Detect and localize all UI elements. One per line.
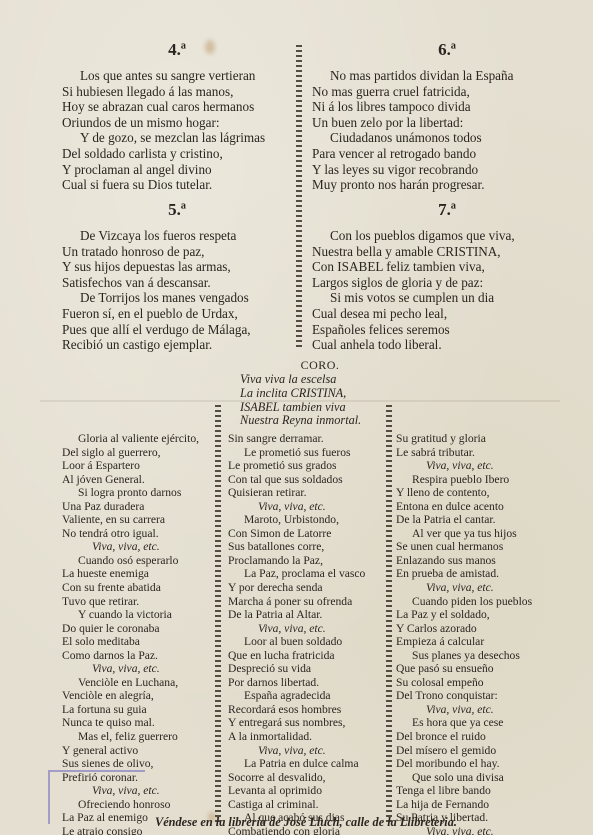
- verse-line: Y proclaman al angel divino: [62, 162, 292, 178]
- verse-line: Sus batallones corre,: [228, 540, 383, 554]
- verse-line: Un buen zelo por la libertad:: [312, 115, 582, 131]
- verse-line: Marcha á poner su ofrenda: [228, 595, 383, 609]
- verse-line: La Patria en dulce calma: [228, 757, 383, 771]
- verse-line: Cual si fuera su Dios tutelar.: [62, 177, 292, 193]
- verse-line: Sus planes ya desechos: [396, 649, 581, 663]
- verse-line: Oriundos de un mismo hogar:: [62, 115, 292, 131]
- decorative-rule-right: [386, 405, 392, 825]
- verse-line: Y entregará sus nombres,: [228, 716, 383, 730]
- verse-line: Y cuando la victoria: [62, 608, 212, 622]
- verse-line: Un tratado honroso de paz,: [62, 244, 292, 260]
- verse-line: Con los pueblos digamos que viva,: [312, 228, 582, 244]
- verse-line: Con su frente abatida: [62, 581, 212, 595]
- verse-line: Quisieran retirar.: [228, 486, 383, 500]
- refrain-line: Viva, viva, etc.: [228, 744, 383, 758]
- verse-line: Muy pronto nos harán progresar.: [312, 177, 582, 193]
- verse-line: Empieza á calcular: [396, 635, 581, 649]
- refrain-line: Viva, viva, etc.: [62, 540, 212, 554]
- verse-line: Por darnos libertad.: [228, 676, 383, 690]
- verse-line: De Torrijos los manes vengados: [62, 290, 292, 306]
- stanza-6: 6.ª No mas partidos dividan la España No…: [312, 40, 582, 193]
- verse-line: No tendrá otro igual.: [62, 527, 212, 541]
- refrain-line: Viva, viva, etc.: [396, 703, 581, 717]
- verse-line: Cuando piden los pueblos: [396, 595, 581, 609]
- verse-line: Ofreciendo honroso: [62, 798, 212, 812]
- verse-column-1: Gloria al valiente ejército, Del siglo a…: [62, 432, 212, 835]
- verse-line: Se unen cual hermanos: [396, 540, 581, 554]
- verse-line: Maroto, Urbistondo,: [228, 513, 383, 527]
- stanza-number: 6.ª: [312, 40, 582, 60]
- verse-line: Cual desea mi pecho leal,: [312, 306, 582, 322]
- verse-line: Que solo una divisa: [396, 771, 581, 785]
- verse-line: Del soldado carlista y cristino,: [62, 146, 292, 162]
- verse-line: Satisfechos van á descansar.: [62, 275, 292, 291]
- verse-column-2: Sin sangre derramar. Le prometió sus fue…: [228, 432, 383, 835]
- verse-column-3: Su gratitud y gloria Le sabrá tributar. …: [396, 432, 581, 835]
- decorative-rule-left: [215, 405, 221, 825]
- verse-line: Los que antes su sangre vertieran: [62, 68, 292, 84]
- stanza-5: 5.ª De Vizcaya los fueros respeta Un tra…: [62, 200, 292, 353]
- verse-line: Le prometió sus fueros: [228, 446, 383, 460]
- refrain-line: Viva, viva, etc.: [396, 459, 581, 473]
- refrain-line: Viva, viva, etc.: [62, 662, 212, 676]
- verse-line: Del mísero el gemido: [396, 744, 581, 758]
- verse-line: Que pasó su ensueño: [396, 662, 581, 676]
- verse-line: Le sabrá tributar.: [396, 446, 581, 460]
- verse-line: Loor á Espartero: [62, 459, 212, 473]
- verse-line: No mas guerra cruel fatricida,: [312, 84, 582, 100]
- verse-line: Despreció su vida: [228, 662, 383, 676]
- stanza-lines: De Vizcaya los fueros respeta Un tratado…: [62, 228, 292, 353]
- refrain-line: Viva, viva, etc.: [228, 500, 383, 514]
- verse-line: Ciudadanos unámonos todos: [312, 130, 582, 146]
- verse-line: Su colosal empeño: [396, 676, 581, 690]
- verse-line: Do quier le coronaba: [62, 622, 212, 636]
- coro-line: Nuestra Reyna inmortal.: [240, 414, 400, 428]
- verse-line: Su gratitud y gloria: [396, 432, 581, 446]
- verse-line: El solo meditaba: [62, 635, 212, 649]
- verse-line: Mas el, feliz guerrero: [62, 730, 212, 744]
- stanza-number: 4.ª: [62, 40, 292, 60]
- coro-line: Viva viva la escelsa: [240, 373, 400, 387]
- verse-line: Proclamando la Paz,: [228, 554, 383, 568]
- refrain-line: Viva, viva, etc.: [62, 784, 212, 798]
- verse-line: Loor al buen soldado: [228, 635, 383, 649]
- verse-line: Al jóven General.: [62, 473, 212, 487]
- verse-line: Como darnos la Paz.: [62, 649, 212, 663]
- verse-line: Una Paz duradera: [62, 500, 212, 514]
- verse-line: Si hubiesen llegado á las manos,: [62, 84, 292, 100]
- verse-line: España agradecida: [228, 689, 383, 703]
- verse-line: Cual anhela todo liberal.: [312, 337, 582, 353]
- verse-line: Es hora que ya cese: [396, 716, 581, 730]
- verse-line: Venciòle en alegría,: [62, 689, 212, 703]
- verse-line: La fortuna su guia: [62, 703, 212, 717]
- verse-line: Recordará esos hombres: [228, 703, 383, 717]
- verse-line: Y Carlos azorado: [396, 622, 581, 636]
- verse-line: Tenga el libre bando: [396, 784, 581, 798]
- verse-line: Del moribundo el hay.: [396, 757, 581, 771]
- coro-title: CORO.: [240, 358, 400, 373]
- verse-line: Nuestra bella y amable CRISTINA,: [312, 244, 582, 260]
- stanza-7: 7.ª Con los pueblos digamos que viva, Nu…: [312, 200, 582, 353]
- verse-line: Si mis votos se cumplen un dia: [312, 290, 582, 306]
- verse-line: Levanta al oprimido: [228, 784, 383, 798]
- verse-line: Del siglo al guerrero,: [62, 446, 212, 460]
- coro-line: ISABEL tambien viva: [240, 401, 400, 415]
- verse-line: Al ver que ya tus hijos: [396, 527, 581, 541]
- verse-line: Venciòle en Luchana,: [62, 676, 212, 690]
- coro-line: La inclita CRISTINA,: [240, 387, 400, 401]
- verse-line: Cuando osó esperarlo: [62, 554, 212, 568]
- verse-line: Sin sangre derramar.: [228, 432, 383, 446]
- verse-line: Socorre al desvalido,: [228, 771, 383, 785]
- verse-line: Del Trono conquistar:: [396, 689, 581, 703]
- decorative-rule-top: [296, 45, 302, 350]
- verse-line: Con Simon de Latorre: [228, 527, 383, 541]
- verse-line: De la Patria el cantar.: [396, 513, 581, 527]
- verse-line: Nunca te quiso mal.: [62, 716, 212, 730]
- verse-line: Sus sienes de olivo,: [62, 757, 212, 771]
- stanza-number: 5.ª: [62, 200, 292, 220]
- verse-line: Y por derecha senda: [228, 581, 383, 595]
- verse-line: Largos siglos de gloria y de paz:: [312, 275, 582, 291]
- verse-line: Prefirió coronar.: [62, 771, 212, 785]
- coro-lines: Viva viva la escelsa La inclita CRISTINA…: [240, 373, 400, 428]
- verse-line: Pues que allí el verdugo de Málaga,: [62, 322, 292, 338]
- verse-line: Enlazando sus manos: [396, 554, 581, 568]
- verse-line: De Vizcaya los fueros respeta: [62, 228, 292, 244]
- verse-line: No mas partidos dividan la España: [312, 68, 582, 84]
- verse-line: Y lleno de contento,: [396, 486, 581, 500]
- verse-line: En prueba de amistad.: [396, 567, 581, 581]
- verse-line: Que en lucha fratricida: [228, 649, 383, 663]
- verse-line: La hija de Fernando: [396, 798, 581, 812]
- verse-line: Del bronce el ruido: [396, 730, 581, 744]
- verse-line: Ni á los libres tampoco divida: [312, 99, 582, 115]
- verse-line: A la inmortalidad.: [228, 730, 383, 744]
- verse-line: Respira pueblo Ibero: [396, 473, 581, 487]
- verse-line: Para vencer al retrogado bando: [312, 146, 582, 162]
- verse-line: La Paz, proclama el vasco: [228, 567, 383, 581]
- verse-line: Españoles felices seremos: [312, 322, 582, 338]
- verse-line: Y sus hijos depuestas las armas,: [62, 259, 292, 275]
- refrain-line: Viva, viva, etc.: [228, 622, 383, 636]
- verse-line: Castiga al criminal.: [228, 798, 383, 812]
- verse-line: Entona en dulce acento: [396, 500, 581, 514]
- verse-line: Recibió un castigo ejemplar.: [62, 337, 292, 353]
- footer-imprint: Véndese en la librería de José Lluch, ca…: [155, 815, 495, 830]
- verse-line: Hoy se abrazan cual caros hermanos: [62, 99, 292, 115]
- stanza-4: 4.ª Los que antes su sangre vertieran Si…: [62, 40, 292, 193]
- verse-line: La hueste enemiga: [62, 567, 212, 581]
- verse-line: Y general activo: [62, 744, 212, 758]
- stanza-lines: Con los pueblos digamos que viva, Nuestr…: [312, 228, 582, 353]
- stanza-lines: Los que antes su sangre vertieran Si hub…: [62, 68, 292, 193]
- coro-section: CORO. Viva viva la escelsa La inclita CR…: [240, 358, 400, 428]
- verse-line: Si logra pronto darnos: [62, 486, 212, 500]
- verse-line: La Paz y el soldado,: [396, 608, 581, 622]
- verse-line: Y las leyes su vigor recobrando: [312, 162, 582, 178]
- verse-line: Y de gozo, se mezclan las lágrimas: [62, 130, 292, 146]
- verse-line: Con ISABEL feliz tambien viva,: [312, 259, 582, 275]
- verse-line: Gloria al valiente ejército,: [62, 432, 212, 446]
- verse-line: Valiente, en su carrera: [62, 513, 212, 527]
- verse-line: Le prometió sus grados: [228, 459, 383, 473]
- verse-line: Con tal que sus soldados: [228, 473, 383, 487]
- stanza-lines: No mas partidos dividan la España No mas…: [312, 68, 582, 193]
- verse-line: Tuvo que retirar.: [62, 595, 212, 609]
- verse-line: Fueron sí, en el pueblo de Urdax,: [62, 306, 292, 322]
- stanza-number: 7.ª: [312, 200, 582, 220]
- refrain-line: Viva, viva, etc.: [396, 581, 581, 595]
- verse-line: De la Patria al Altar.: [228, 608, 383, 622]
